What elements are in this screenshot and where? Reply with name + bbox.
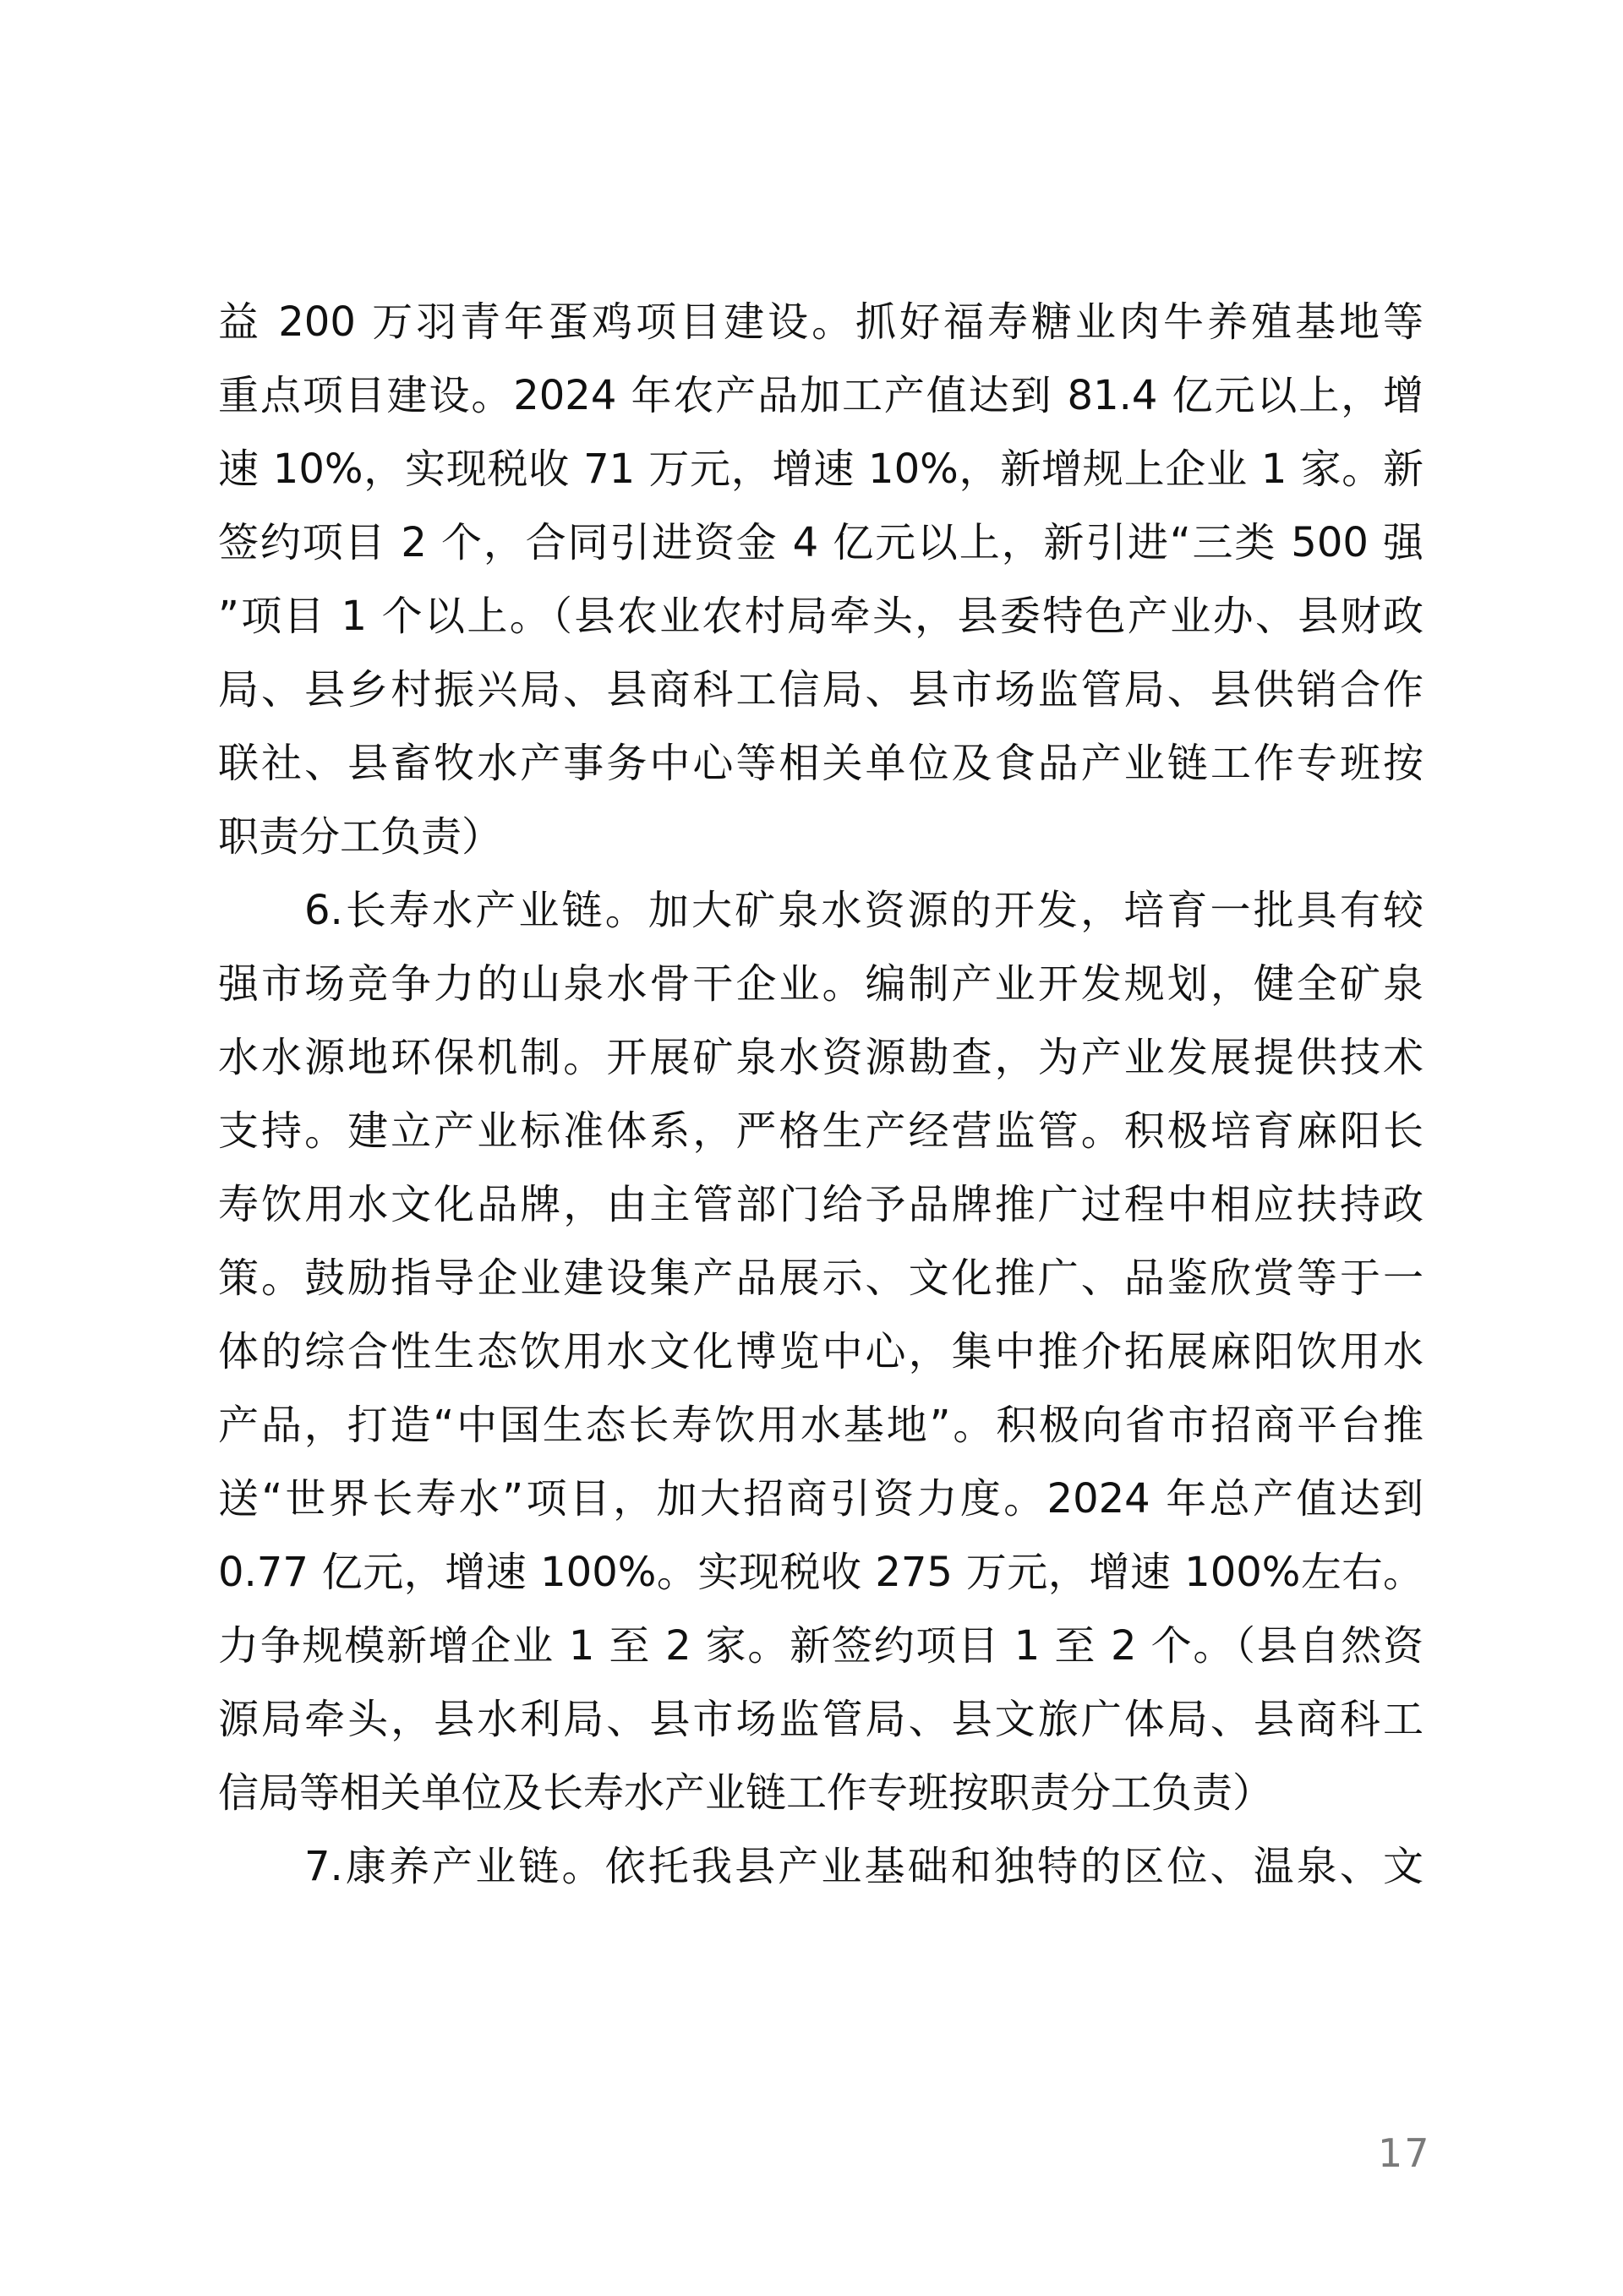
text-line: 联社、县畜牧水产事务中心等相关单位及食品产业链工作专班按 xyxy=(218,727,1424,801)
text-line: 水水源地环保机制。开展矿泉水资源勘查，为产业发展提供技术 xyxy=(218,1021,1424,1095)
text-line: 重点项目建设。2024 年农产品加工产值达到 81.4 亿元以上，增 xyxy=(218,359,1424,433)
text-line: 源局牵头，县水利局、县市场监管局、县文旅广体局、县商科工 xyxy=(218,1683,1424,1757)
text-line: 送“世界长寿水”项目，加大招商引资力度。2024 年总产值达到 xyxy=(218,1462,1424,1536)
text-line: 体的综合性生态饮用水文化博览中心，集中推介拓展麻阳饮用水 xyxy=(218,1315,1424,1389)
text-line: 寿饮用水文化品牌，由主管部门给予品牌推广过程中相应扶持政 xyxy=(218,1168,1424,1242)
text-line: 职责分工负责） xyxy=(218,801,1424,874)
body-text: 益 200 万羽青年蛋鸡项目建设。抓好福寿糖业肉牛养殖基地等 重点项目建设。20… xyxy=(218,286,1424,1904)
text-line: 速 10%，实现税收 71 万元，增速 10%，新增规上企业 1 家。新 xyxy=(218,433,1424,506)
text-line: 局、县乡村振兴局、县商科工信局、县市场监管局、县供销合作 xyxy=(218,653,1424,727)
text-line: 策。鼓励指导企业建设集产品展示、文化推广、品鉴欣赏等于一 xyxy=(218,1242,1424,1315)
text-line: 强市场竞争力的山泉水骨干企业。编制产业开发规划，健全矿泉 xyxy=(218,948,1424,1021)
text-line: 支持。建立产业标准体系，严格生产经营监管。积极培育麻阳长 xyxy=(218,1095,1424,1168)
paragraph-heading-line: 6.长寿水产业链。加大矿泉水资源的开发，培育一批具有较 xyxy=(218,874,1424,948)
text-line: 签约项目 2 个，合同引进资金 4 亿元以上，新引进“三类 500 强 xyxy=(218,506,1424,580)
document-page: 益 200 万羽青年蛋鸡项目建设。抓好福寿糖业肉牛养殖基地等 重点项目建设。20… xyxy=(0,0,1623,2296)
text-line: 产品，打造“中国生态长寿饮用水基地”。积极向省市招商平台推 xyxy=(218,1389,1424,1462)
text-line: 益 200 万羽青年蛋鸡项目建设。抓好福寿糖业肉牛养殖基地等 xyxy=(218,286,1424,359)
text-line: 0.77 亿元，增速 100%。实现税收 275 万元，增速 100%左右。 xyxy=(218,1536,1424,1610)
text-line: 力争规模新增企业 1 至 2 家。新签约项目 1 至 2 个。（县自然资 xyxy=(218,1610,1424,1683)
text-line: 信局等相关单位及长寿水产业链工作专班按职责分工负责） xyxy=(218,1757,1424,1830)
text-line: ”项目 1 个以上。（县农业农村局牵头，县委特色产业办、县财政 xyxy=(218,580,1424,653)
page-number: 17 xyxy=(1378,2130,1431,2176)
paragraph-heading-line: 7.康养产业链。依托我县产业基础和独特的区位、温泉、文 xyxy=(218,1830,1424,1904)
